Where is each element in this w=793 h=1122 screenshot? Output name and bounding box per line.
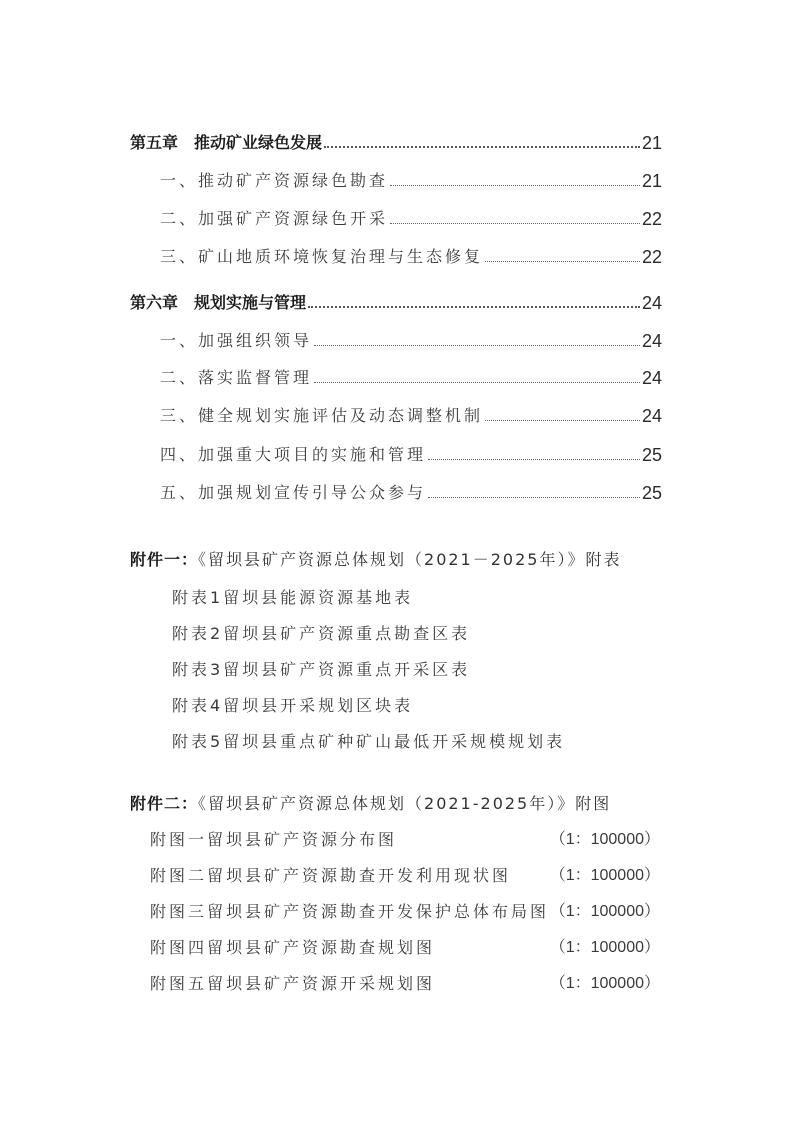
attachment-1-item: 附表4留坝县开采规划区块表 <box>172 694 413 718</box>
toc-page-number: 24 <box>642 292 662 314</box>
figure-scale: （1：100000） <box>550 864 660 888</box>
toc-page-number: 24 <box>642 367 662 389</box>
toc-page-number: 22 <box>642 208 662 230</box>
figure-scale: （1：100000） <box>550 936 660 960</box>
toc-leader-dots <box>308 306 640 308</box>
toc-leader-dots <box>314 382 640 383</box>
attachment-2-item: 附图四留坝县矿产资源勘查规划图 （1：100000） <box>150 936 660 960</box>
toc-page-number: 25 <box>642 444 662 466</box>
figure-title: 附图三留坝县矿产资源勘查开发保护总体布局图 <box>150 900 549 924</box>
toc-leader-dots <box>390 185 640 186</box>
toc-section-title: 二、落实监督管理 <box>160 367 312 389</box>
toc-section-title: 五、加强规划宣传引导公众参与 <box>160 482 426 504</box>
attachment-2-title: 《留坝县矿产资源总体规划（2021-2025年）》附图 <box>198 794 611 813</box>
toc-leader-dots <box>324 146 640 148</box>
attachment-1-title: 《留坝县矿产资源总体规划（2021－2025年）》附表 <box>198 550 621 569</box>
attachment-2-label: 附件二： <box>130 794 198 813</box>
attachment-1-label: 附件一： <box>130 550 198 569</box>
toc-section-title: 一、加强组织领导 <box>160 330 312 352</box>
toc-section-title: 一、推动矿产资源绿色勘查 <box>160 170 388 192</box>
attachment-2-item: 附图三留坝县矿产资源勘查开发保护总体布局图 （1：100000） <box>150 900 660 924</box>
attachment-1-item: 附表3留坝县矿产资源重点开采区表 <box>172 658 470 682</box>
toc-page-number: 21 <box>642 170 662 192</box>
toc-leader-dots <box>485 261 640 262</box>
toc-page-number: 22 <box>642 246 662 268</box>
toc-section[interactable]: 一、推动矿产资源绿色勘查 21 <box>160 166 662 192</box>
toc-leader-dots <box>428 497 640 498</box>
toc-section[interactable]: 一、加强组织领导 24 <box>160 326 662 352</box>
toc-section-title: 三、矿山地质环境恢复治理与生态修复 <box>160 246 483 268</box>
toc-leader-dots <box>485 420 640 421</box>
toc-chapter-title: 第五章 推动矿业绿色发展 <box>130 132 322 154</box>
toc-section[interactable]: 三、矿山地质环境恢复治理与生态修复 22 <box>160 242 662 268</box>
toc-leader-dots <box>428 459 640 460</box>
figure-scale: （1：100000） <box>550 828 660 852</box>
toc-page-number: 24 <box>642 330 662 352</box>
toc-chapter-title: 第六章 规划实施与管理 <box>130 292 306 314</box>
figure-title: 附图五留坝县矿产资源开采规划图 <box>150 972 435 996</box>
toc-page-number: 21 <box>642 132 662 154</box>
figure-scale: （1：100000） <box>550 900 660 924</box>
toc-section[interactable]: 二、落实监督管理 24 <box>160 363 662 389</box>
attachment-2-item: 附图二留坝县矿产资源勘查开发利用现状图 （1：100000） <box>150 864 660 888</box>
figure-scale: （1：100000） <box>550 972 660 996</box>
document-page: 第五章 推动矿业绿色发展 21 一、推动矿产资源绿色勘查 21 二、加强矿产资源… <box>0 0 793 1122</box>
toc-section-title: 二、加强矿产资源绿色开采 <box>160 208 388 230</box>
toc-section[interactable]: 三、健全规划实施评估及动态调整机制 24 <box>160 401 662 427</box>
toc-section[interactable]: 五、加强规划宣传引导公众参与 25 <box>160 478 662 504</box>
attachment-2-heading: 附件二：《留坝县矿产资源总体规划（2021-2025年）》附图 <box>130 792 611 816</box>
attachment-1-item: 附表2留坝县矿产资源重点勘查区表 <box>172 622 470 646</box>
attachment-2-item: 附图一留坝县矿产资源分布图 （1：100000） <box>150 828 660 852</box>
toc-chapter-6[interactable]: 第六章 规划实施与管理 24 <box>130 288 662 314</box>
toc-section-title: 三、健全规划实施评估及动态调整机制 <box>160 405 483 427</box>
figure-title: 附图二留坝县矿产资源勘查开发利用现状图 <box>150 864 511 888</box>
toc-page-number: 24 <box>642 405 662 427</box>
figure-title: 附图四留坝县矿产资源勘查规划图 <box>150 936 435 960</box>
attachment-1-item: 附表5留坝县重点矿种矿山最低开采规模规划表 <box>172 730 565 754</box>
toc-page-number: 25 <box>642 482 662 504</box>
toc-section-title: 四、加强重大项目的实施和管理 <box>160 444 426 466</box>
toc-leader-dots <box>314 345 640 346</box>
figure-title: 附图一留坝县矿产资源分布图 <box>150 828 397 852</box>
toc-section[interactable]: 二、加强矿产资源绿色开采 22 <box>160 204 662 230</box>
toc-chapter-5[interactable]: 第五章 推动矿业绿色发展 21 <box>130 128 662 154</box>
attachment-1-item: 附表1留坝县能源资源基地表 <box>172 586 413 610</box>
toc-section[interactable]: 四、加强重大项目的实施和管理 25 <box>160 440 662 466</box>
attachment-1-heading: 附件一：《留坝县矿产资源总体规划（2021－2025年）》附表 <box>130 548 621 572</box>
attachment-2-item: 附图五留坝县矿产资源开采规划图 （1：100000） <box>150 972 660 996</box>
toc-leader-dots <box>390 223 640 224</box>
